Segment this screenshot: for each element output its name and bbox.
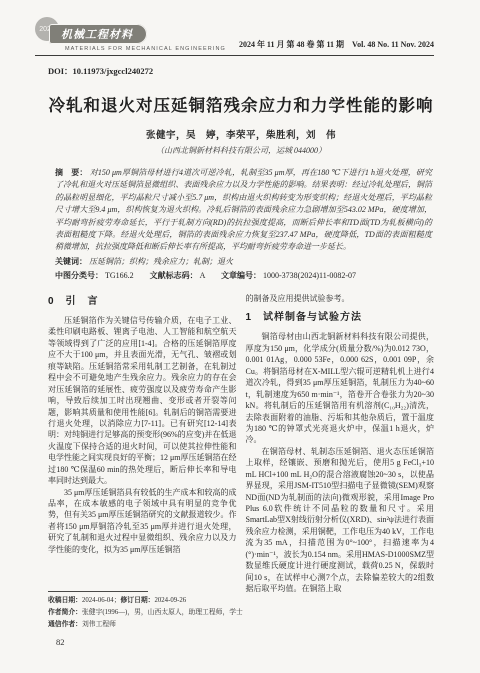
- journal-name-banner: 机械工程材料: [49, 24, 147, 44]
- author-bio-value: 张健宇(1996—)，男，山西太原人，助理工程师，学士: [82, 609, 243, 616]
- corresponding-author-value: 刘伟工程师: [82, 621, 116, 628]
- article-id-value: 1000-3738(2024)11-0082-07: [263, 271, 356, 280]
- section-heading-methods: 1 试样制备与试验方法: [246, 311, 435, 325]
- left-column: 0 引 言 压延铜箔作为关键信号传输介质，在电子工业、柔性印刷电路板、锂离子电池…: [48, 293, 237, 595]
- abstract-label: 摘 要：: [55, 168, 88, 177]
- journal-name-english: MATERIALS FOR MECHANICAL ENGINEERING: [65, 46, 226, 52]
- revised-date-label: 修订日期：: [121, 597, 155, 604]
- clc-segment: 中图分类号： TG166.2: [55, 271, 136, 280]
- footnote-divider: [48, 591, 148, 592]
- intro-paragraph-2: 35 μm厚压延铜箔具有较低的生产成本和较高的成品率，在成本敏感的电子领域中具有…: [48, 487, 237, 556]
- revised-date-value: 2024-09-26: [154, 597, 186, 604]
- journal-logo: 2024 机械工程材料 MATERIALS FOR MECHANICAL ENG…: [35, 24, 226, 52]
- doc-code-segment: 文献标志码： A: [150, 271, 207, 280]
- corresponding-author-label: 通信作者：: [48, 621, 82, 628]
- journal-page: 2024 机械工程材料 MATERIALS FOR MECHANICAL ENG…: [0, 0, 480, 673]
- section-heading-intro: 0 引 言: [48, 295, 237, 309]
- intro-paragraph-continuation: 的制备及应用提供试验参考。: [246, 293, 435, 304]
- doi-line: DOI：10.11973/jxgccl240272: [48, 65, 434, 77]
- received-date-value: 2024-06-04；: [82, 597, 121, 604]
- keywords-line: 关键词： 压延铜箔；织构；残余应力；轧制；退火: [55, 256, 432, 267]
- keywords-text: 压延铜箔；织构；残余应力；轧制；退火: [89, 257, 233, 266]
- clc-value: TG166.2: [105, 271, 134, 280]
- abstract-block: 摘 要： 对150 μm厚铜箔母材进行4道次可逆冷轧，轧制至35 μm厚，再在1…: [55, 167, 432, 254]
- methods-paragraph-1: 铜箔母材由山西北铜新材料科技有限公司提供，厚度为150 μm，化学成分(质量分数…: [246, 331, 435, 445]
- classification-line: 中图分类号： TG166.2 文献标志码： A 文章编号： 1000-3738(…: [55, 270, 432, 281]
- methods-paragraph-2: 在铜箔母材、轧制态压延铜箔、退火态压延铜箔上取样，经镶嵌、预磨和抛光后，使用5 …: [246, 446, 435, 595]
- abstract-text: 对150 μm厚铜箔母材进行4道次可逆冷轧，轧制至35 μm厚，再在180 ℃下…: [55, 168, 432, 251]
- footnote-dates: 收稿日期：2024-06-04；修订日期：2024-09-26: [48, 595, 246, 607]
- intro-paragraph-1: 压延铜箔作为关键信号传输介质，在电子工业、柔性印刷电路板、锂离子电池、人工智能和…: [48, 315, 237, 487]
- footnote-corresponding-author: 通信作者：刘伟工程师: [48, 619, 246, 631]
- right-column: 的制备及应用提供试验参考。 1 试样制备与试验方法 铜箔母材由山西北铜新材料科技…: [246, 293, 435, 595]
- footnote-author-bio: 作者简介：张健宇(1996—)，男，山西太原人，助理工程师，学士: [48, 607, 246, 619]
- article-id-label: 文章编号：: [221, 271, 261, 280]
- issue-info: 2024 年 11 月 第 48 卷 第 11 期 Vol. 48 No. 11…: [239, 39, 434, 52]
- footnote-block: 收稿日期：2024-06-04；修订日期：2024-09-26 作者简介：张健宇…: [48, 591, 246, 631]
- keywords-label: 关键词：: [55, 257, 87, 266]
- clc-label: 中图分类号：: [55, 271, 103, 280]
- author-bio-label: 作者简介：: [48, 609, 82, 616]
- doc-code-value: A: [200, 271, 205, 280]
- page-header: 2024 机械工程材料 MATERIALS FOR MECHANICAL ENG…: [35, 24, 434, 56]
- page-title: 冷轧和退火对压延铜箔残余应力和力学性能的影响: [48, 92, 434, 116]
- article-id-segment: 文章编号： 1000-3738(2024)11-0082-07: [221, 271, 356, 280]
- received-date-label: 收稿日期：: [48, 597, 82, 604]
- body-columns: 0 引 言 压延铜箔作为关键信号传输介质，在电子工业、柔性印刷电路板、锂离子电池…: [48, 293, 434, 595]
- author-list: 张健宇，吴 婷，李荣平，柴胜利，刘 伟: [48, 127, 434, 141]
- doc-code-label: 文献标志码：: [150, 271, 198, 280]
- page-number: 82: [56, 637, 65, 647]
- affiliation: （山西北铜新材料科技有限公司，运城 044000）: [48, 145, 434, 156]
